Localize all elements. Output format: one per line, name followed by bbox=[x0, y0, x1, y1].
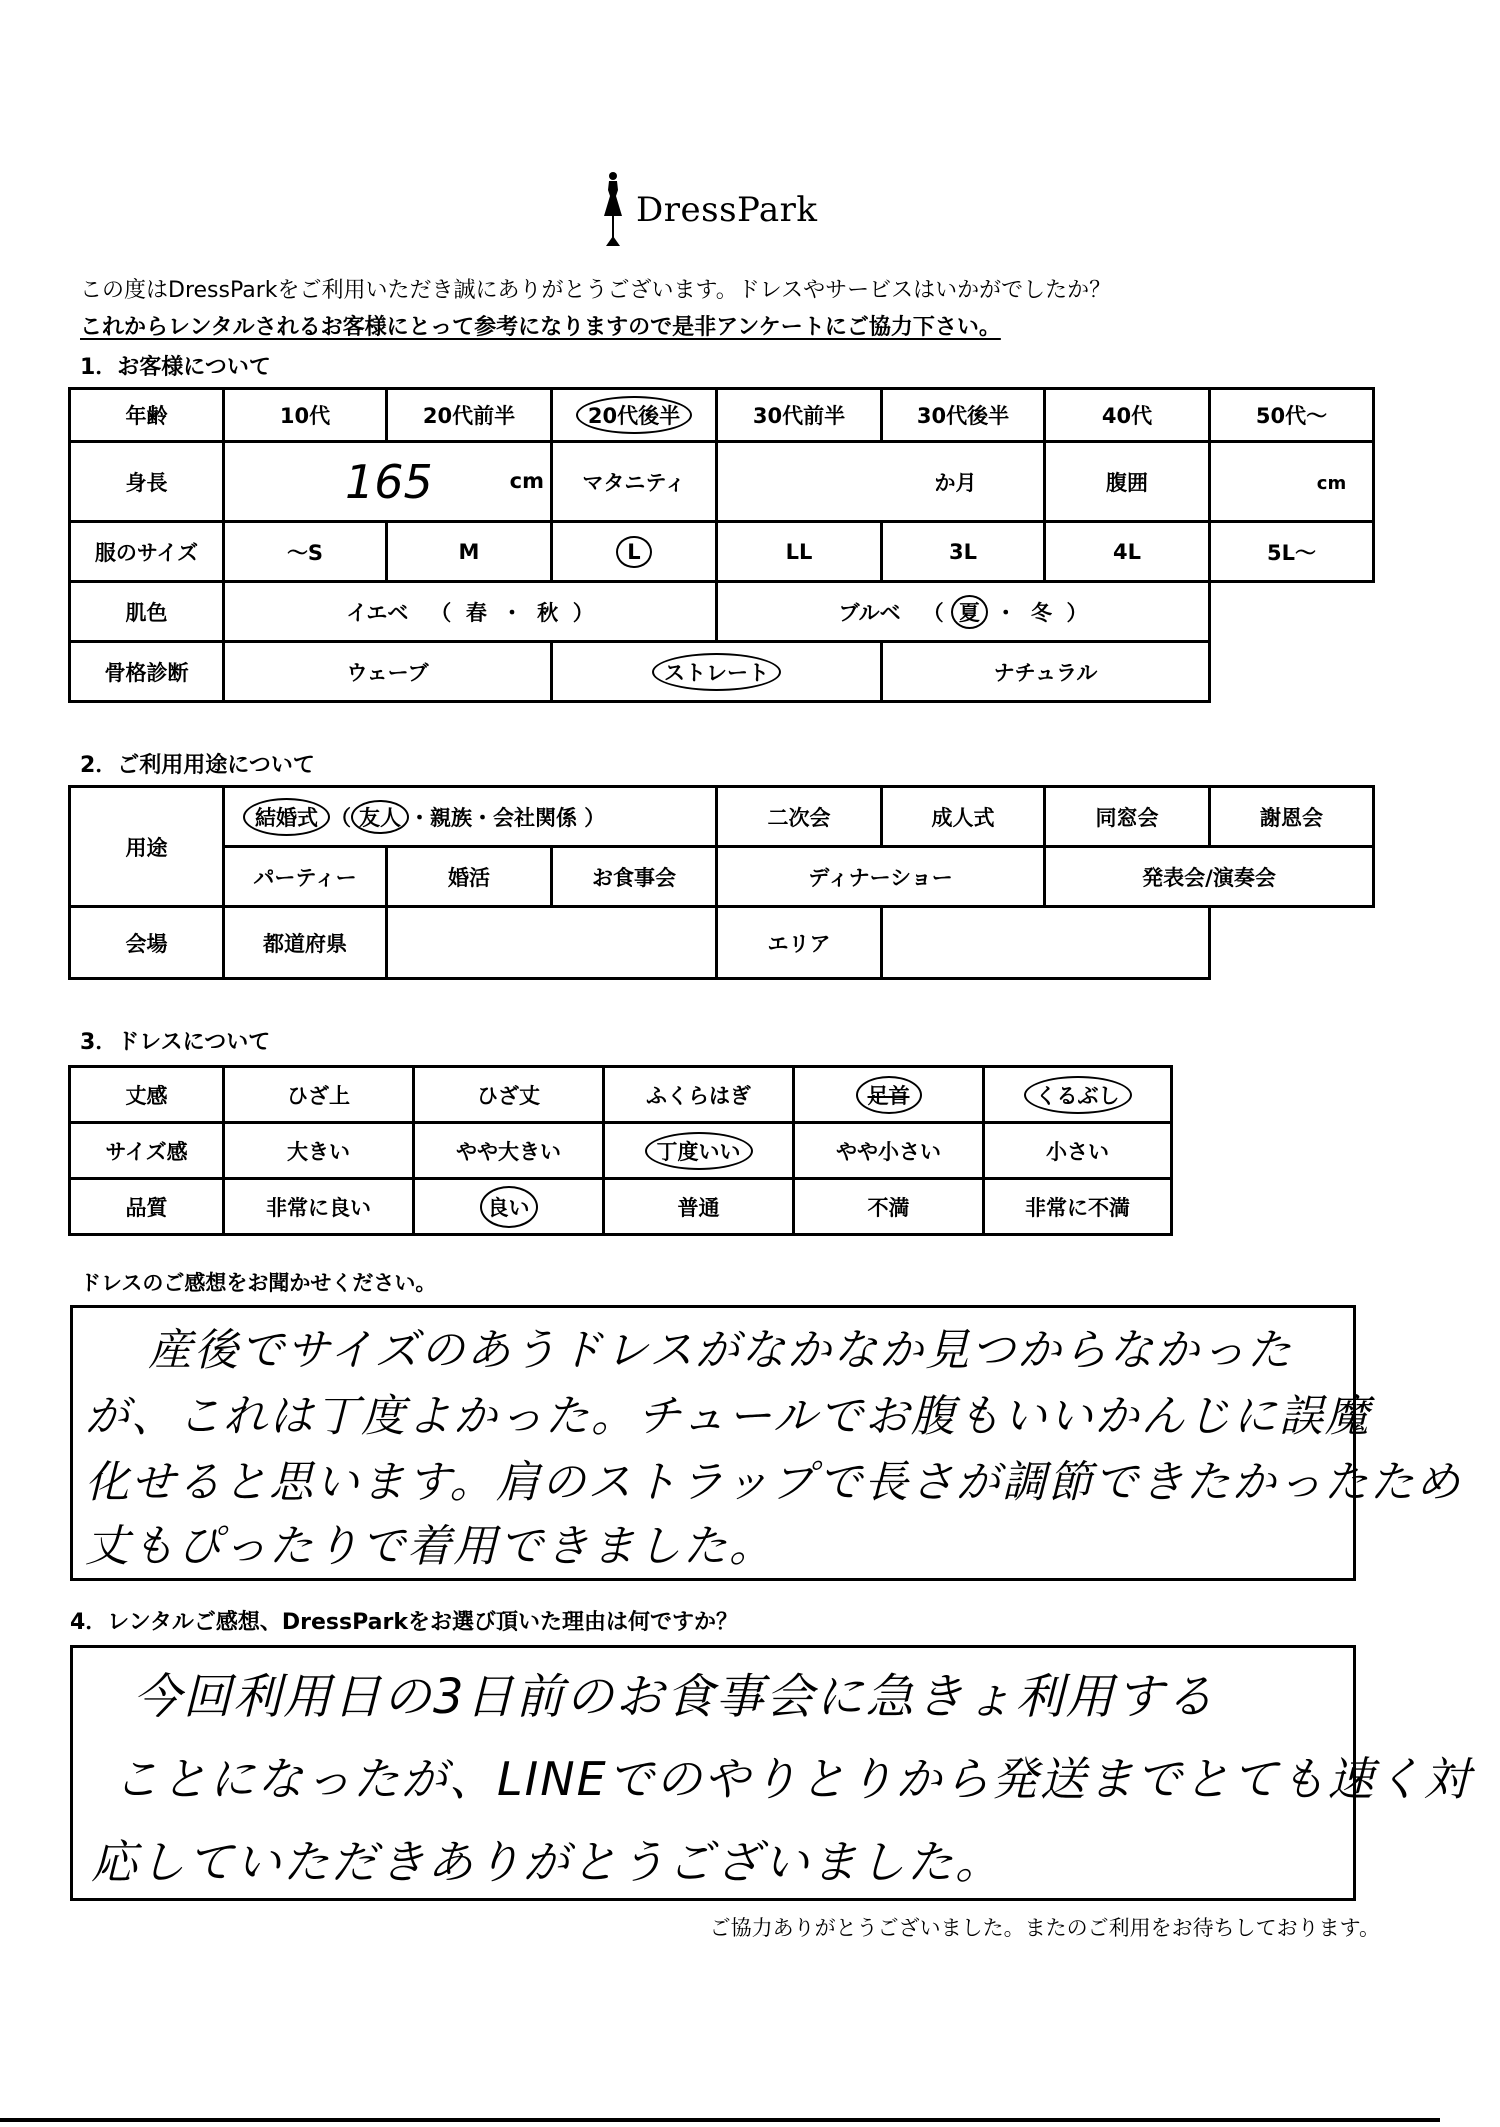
scan-edge-line bbox=[0, 2118, 1440, 2122]
purpose-option[interactable]: お食事会 bbox=[552, 847, 717, 907]
dress-feedback-prompt: ドレスのご感想をお聞かせください。 bbox=[80, 1267, 436, 1297]
fit-option[interactable]: やや大きい bbox=[414, 1123, 604, 1179]
area-field[interactable] bbox=[882, 907, 1210, 979]
feedback-line: 産後でサイズのあうドレスがなかなか見つからなかった bbox=[148, 1314, 1293, 1378]
length-option[interactable]: ふくらはぎ bbox=[604, 1067, 794, 1123]
waist-label: 腹囲 bbox=[1045, 442, 1210, 522]
age-option[interactable]: 30代前半 bbox=[717, 389, 882, 442]
purpose-option[interactable]: 同窓会 bbox=[1045, 787, 1210, 847]
frame-option[interactable]: ナチュラル bbox=[882, 642, 1210, 702]
size-option[interactable]: 5L～ bbox=[1210, 522, 1374, 582]
size-option[interactable]: 4L bbox=[1045, 522, 1210, 582]
quality-option[interactable]: 普通 bbox=[604, 1179, 794, 1235]
dress-feedback-textarea[interactable]: 産後でサイズのあうドレスがなかなか見つからなかった が、これは丁度よかった。チュ… bbox=[70, 1305, 1356, 1581]
section-1-title: 1．お客様について bbox=[80, 350, 271, 381]
prefecture-label: 都道府県 bbox=[224, 907, 387, 979]
rental-feedback-textarea[interactable]: 今回利用日の3日前のお食事会に急きょ利用する ことになったが、LINEでのやりと… bbox=[70, 1645, 1356, 1901]
dress-form-icon bbox=[600, 170, 626, 250]
purpose-option[interactable]: 謝恩会 bbox=[1210, 787, 1374, 847]
brand-name: DressPark bbox=[636, 190, 818, 230]
age-option[interactable]: 20代前半 bbox=[387, 389, 552, 442]
length-option-selected[interactable]: くるぶし bbox=[984, 1067, 1172, 1123]
length-option[interactable]: ひざ丈 bbox=[414, 1067, 604, 1123]
length-label: 丈感 bbox=[70, 1067, 224, 1123]
summer-selected: 夏 bbox=[951, 595, 988, 629]
wedding-selected: 結婚式 bbox=[243, 798, 330, 836]
maternity-label: マタニティ bbox=[552, 442, 717, 522]
area-label: エリア bbox=[717, 907, 882, 979]
skin-row: 肌色 イエベ （ 春 ・ 秋 ） ブルベ （ 夏 ・ 冬 ） bbox=[70, 582, 1374, 642]
purpose-option[interactable]: 二次会 bbox=[717, 787, 882, 847]
wedding-option[interactable]: 結婚式（友人・親族・会社関係 ） bbox=[224, 787, 717, 847]
size-option[interactable]: ～S bbox=[224, 522, 387, 582]
blue-base-option[interactable]: ブルベ （ 夏 ・ 冬 ） bbox=[717, 582, 1210, 642]
intro-request: これからレンタルされるお客様にとって参考になりますので是非アンケートにご協力下さ… bbox=[80, 310, 1001, 341]
purpose-option[interactable]: 成人式 bbox=[882, 787, 1045, 847]
size-option-selected[interactable]: L bbox=[552, 522, 717, 582]
height-label: 身長 bbox=[70, 442, 224, 522]
feedback-line: が、これは丁度よかった。チュールでお腹もいいかんじに誤魔 bbox=[85, 1380, 1371, 1444]
quality-option[interactable]: 非常に良い bbox=[224, 1179, 414, 1235]
size-option[interactable]: M bbox=[387, 522, 552, 582]
maternity-months-field[interactable]: か月 bbox=[717, 442, 1045, 522]
size-option[interactable]: 3L bbox=[882, 522, 1045, 582]
intro-text: この度はDressParkをご利用いただき誠にありがとうございます。ドレスやサー… bbox=[80, 273, 1111, 304]
dress-table: 丈感 ひざ上 ひざ丈 ふくらはぎ 足首 くるぶし サイズ感 大きい やや大きい … bbox=[68, 1065, 1173, 1236]
rental-line: 今回利用日の3日前のお食事会に急きょ利用する bbox=[133, 1658, 1216, 1727]
venue-label: 会場 bbox=[70, 907, 224, 979]
empty-cell bbox=[1210, 642, 1374, 702]
waist-field[interactable]: cm bbox=[1210, 442, 1374, 522]
frame-option-selected[interactable]: ストレート bbox=[552, 642, 882, 702]
purpose-option[interactable]: ディナーショー bbox=[717, 847, 1045, 907]
feedback-line: 化せると思います。肩のストラップで長さが調節できたかったため bbox=[85, 1446, 1462, 1510]
purpose-option[interactable]: 婚活 bbox=[387, 847, 552, 907]
purpose-option[interactable]: 発表会/演奏会 bbox=[1045, 847, 1374, 907]
frame-row: 骨格診断 ウェーブ ストレート ナチュラル bbox=[70, 642, 1374, 702]
fit-option[interactable]: 大きい bbox=[224, 1123, 414, 1179]
quality-option[interactable]: 不満 bbox=[794, 1179, 984, 1235]
prefecture-field[interactable] bbox=[387, 907, 717, 979]
section-3-title: 3．ドレスについて bbox=[80, 1025, 270, 1056]
age-option-selected[interactable]: 20代後半 bbox=[552, 389, 717, 442]
yellow-base-option[interactable]: イエベ （ 春 ・ 秋 ） bbox=[224, 582, 717, 642]
height-value: 165 bbox=[345, 455, 433, 509]
fit-option[interactable]: やや小さい bbox=[794, 1123, 984, 1179]
brand-logo: DressPark bbox=[600, 170, 818, 250]
quality-label: 品質 bbox=[70, 1179, 224, 1235]
quality-option[interactable]: 非常に不満 bbox=[984, 1179, 1172, 1235]
fit-option[interactable]: 小さい bbox=[984, 1123, 1172, 1179]
customer-table: 年齢 10代 20代前半 20代後半 30代前半 30代後半 40代 50代～ … bbox=[68, 387, 1375, 703]
friend-selected: 友人 bbox=[351, 800, 409, 834]
feedback-line: 丈もぴったりで着用できました。 bbox=[85, 1510, 775, 1574]
height-unit: cm bbox=[510, 469, 544, 493]
thanks-message: ご協力ありがとうございました。またのご利用をお待ちしております。 bbox=[710, 1912, 1380, 1942]
rental-line: 応していただきありがとうございました。 bbox=[91, 1826, 1003, 1892]
frame-label: 骨格診断 bbox=[70, 642, 224, 702]
length-option[interactable]: ひざ上 bbox=[224, 1067, 414, 1123]
rental-line: ことになったが、LINEでのやりとりから発送までとても速く対 bbox=[113, 1743, 1472, 1809]
age-label: 年齢 bbox=[70, 389, 224, 442]
height-row: 身長 165 cm マタニティ か月 腹囲 cm bbox=[70, 442, 1374, 522]
age-option[interactable]: 30代後半 bbox=[882, 389, 1045, 442]
size-row: 服のサイズ ～S M L LL 3L 4L 5L～ bbox=[70, 522, 1374, 582]
size-option[interactable]: LL bbox=[717, 522, 882, 582]
age-option[interactable]: 50代～ bbox=[1210, 389, 1374, 442]
age-row: 年齢 10代 20代前半 20代後半 30代前半 30代後半 40代 50代～ bbox=[70, 389, 1374, 442]
purpose-option[interactable]: パーティー bbox=[224, 847, 387, 907]
section-2-title: 2．ご利用用途について bbox=[80, 748, 315, 779]
purpose-label: 用途 bbox=[70, 787, 224, 907]
height-field[interactable]: 165 cm bbox=[224, 442, 552, 522]
fit-option-selected[interactable]: 丁度いい bbox=[604, 1123, 794, 1179]
fit-label: サイズ感 bbox=[70, 1123, 224, 1179]
section-4-title: 4．レンタルご感想、DressParkをお選び頂いた理由は何ですか？ bbox=[70, 1605, 738, 1636]
length-option-struck[interactable]: 足首 bbox=[794, 1067, 984, 1123]
purpose-table: 用途 結婚式（友人・親族・会社関係 ） 二次会 成人式 同窓会 謝恩会 パーティ… bbox=[68, 785, 1375, 980]
age-option[interactable]: 10代 bbox=[224, 389, 387, 442]
age-option[interactable]: 40代 bbox=[1045, 389, 1210, 442]
quality-option-selected[interactable]: 良い bbox=[414, 1179, 604, 1235]
empty-cell bbox=[1210, 582, 1374, 642]
empty-cell bbox=[1210, 907, 1374, 979]
size-label: 服のサイズ bbox=[70, 522, 224, 582]
frame-option[interactable]: ウェーブ bbox=[224, 642, 552, 702]
skin-label: 肌色 bbox=[70, 582, 224, 642]
